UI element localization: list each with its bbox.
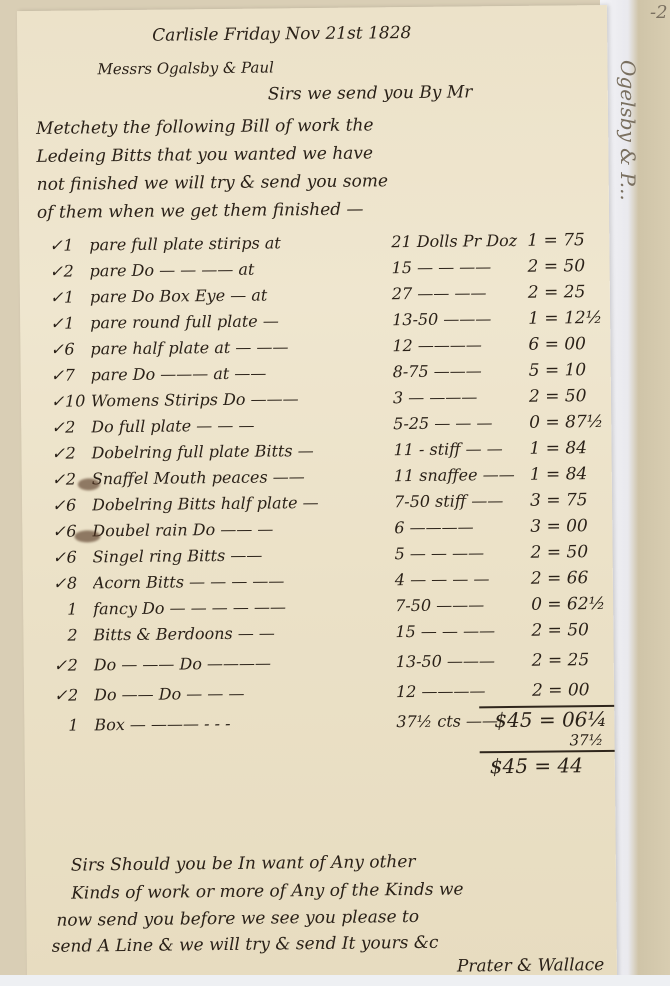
item-description: pare full plate stirips at xyxy=(89,232,389,254)
item-amount: 1 = 84 xyxy=(529,438,629,459)
bill-item-row: 2Bitts & Berdoons — —15 — — ——2 = 50 xyxy=(53,620,633,654)
item-description: Dobelring full plate Bitts — xyxy=(91,440,391,462)
item-quantity: 2 xyxy=(68,655,90,674)
item-description: pare round full plate — xyxy=(90,310,390,332)
item-amount: 2 = 66 xyxy=(531,568,631,589)
checkmark-icon: ✓ xyxy=(53,574,67,593)
item-description: Bitts & Berdoons — — xyxy=(93,622,393,644)
background-bottom-strip xyxy=(0,975,670,986)
intro-line: Ledeing Bitts that you wanted we have xyxy=(36,143,373,167)
item-amount: 3 = 75 xyxy=(530,490,630,511)
checkmark-icon: ✓ xyxy=(50,340,64,359)
item-description: fancy Do — — — — —— xyxy=(93,596,393,618)
item-amount: 5 = 10 xyxy=(529,360,629,381)
item-rate: 4 — — — — xyxy=(395,569,530,589)
letter-date-header: Carlisle Friday Nov 21st 1828 xyxy=(152,23,411,46)
item-rate: 21 Dolls Pr Doz xyxy=(391,231,526,251)
checkmark-icon: ✓ xyxy=(51,444,65,463)
item-rate: 11 snaffee —— xyxy=(394,465,529,485)
item-description: pare Do — — —— at xyxy=(90,258,390,280)
item-description: Snaffel Mouth peaces —— xyxy=(92,466,392,488)
item-quantity: 1 xyxy=(68,715,90,734)
item-rate: 8-75 ——— xyxy=(393,361,528,381)
intro-line: not finished we will try & send you some xyxy=(37,171,389,195)
item-amount: 2 = 00 xyxy=(532,680,632,701)
item-rate: 15 — — —— xyxy=(395,621,530,641)
item-quantity: 1 xyxy=(67,599,89,618)
item-quantity: 2 xyxy=(65,417,87,436)
item-quantity: 6 xyxy=(66,495,88,514)
closing-line: send A Line & we will try & send It your… xyxy=(52,933,439,957)
item-description: Dobelring Bitts half plate — xyxy=(92,492,392,514)
closing-line: Sirs Should you be In want of Any other xyxy=(71,852,416,876)
item-quantity: 8 xyxy=(67,573,89,592)
background-corner-note: -2 xyxy=(650,2,668,23)
item-quantity: 1 xyxy=(64,313,86,332)
item-amount: 2 = 25 xyxy=(532,650,632,671)
item-quantity: 7 xyxy=(65,365,87,384)
item-amount: 2 = 50 xyxy=(530,542,630,563)
item-rate: 7-50 stiff —— xyxy=(394,491,529,511)
checkmark-icon: ✓ xyxy=(51,366,65,385)
item-quantity: 2 xyxy=(67,625,89,644)
item-amount: 2 = 25 xyxy=(528,282,628,303)
item-rate: 11 - stiff — — xyxy=(393,439,528,459)
checkmark-icon: ✓ xyxy=(52,522,66,541)
checkmark-icon: ✓ xyxy=(54,656,68,675)
item-description: Box — ——— - - - xyxy=(94,712,394,734)
item-description: Womens Stirips Do ——— xyxy=(91,388,391,410)
item-quantity: 2 xyxy=(64,261,86,280)
item-amount: 0 = 87½ xyxy=(529,412,629,433)
item-quantity: 6 xyxy=(67,547,89,566)
checkmark-icon: ✓ xyxy=(54,686,68,705)
item-description: Doubel rain Do —— — xyxy=(92,518,392,540)
item-description: Acorn Bitts — — — —— xyxy=(93,570,393,592)
background-side-note: Ogelsby & P... xyxy=(616,60,640,201)
item-description: pare Do ——— at —— xyxy=(91,362,391,384)
grand-total: $45 = 44 xyxy=(490,753,583,778)
item-rate: 13-50 ——— xyxy=(396,651,531,671)
checkmark-icon: ✓ xyxy=(50,288,64,307)
checkmark-icon: ✓ xyxy=(53,548,67,567)
bill-items-list: ✓1pare full plate stirips at21 Dolls Pr … xyxy=(17,5,607,11)
item-amount: 0 = 62½ xyxy=(531,594,631,615)
item-quantity: 6 xyxy=(64,339,86,358)
item-rate: 7-50 ——— xyxy=(395,595,530,615)
checkmark-icon: ✓ xyxy=(52,496,66,515)
bill-item-row: ✓2Do — —— Do ————13-50 ———2 = 25 xyxy=(54,650,634,684)
item-rate: 12 ———— xyxy=(396,681,531,701)
intro-line: of them when we get them finished — xyxy=(37,199,364,222)
intro-line: Metchety the following Bill of work the xyxy=(36,115,374,139)
item-rate: 3 — ——— xyxy=(393,387,528,407)
item-rate: 12 ———— xyxy=(392,335,527,355)
intro-line: Sirs we send you By Mr xyxy=(268,82,473,104)
item-rate: 5-25 — — — xyxy=(393,413,528,433)
checkmark-icon: ✓ xyxy=(51,418,65,437)
subtotal-amount: $45 = 06¼ xyxy=(494,707,607,732)
item-quantity: 2 xyxy=(65,443,87,462)
item-description: Do — —— Do ———— xyxy=(94,652,394,674)
closing-line: now send you before we see you please to xyxy=(56,907,419,931)
signature: Prater & Wallace xyxy=(457,955,605,977)
checkmark-icon: ✓ xyxy=(50,262,64,281)
checkmark-icon: ✓ xyxy=(52,470,66,489)
item-amount: 1 = 12½ xyxy=(528,308,628,329)
letter-addressee: Messrs Ogalsby & Paul xyxy=(97,58,274,78)
item-quantity: 1 xyxy=(63,235,85,254)
item-quantity: 1 xyxy=(64,287,86,306)
item-rate: 15 — — —— xyxy=(392,257,527,277)
checkmark-icon: ✓ xyxy=(51,392,65,411)
item-amount: 3 = 00 xyxy=(530,516,630,537)
item-amount: 1 = 84 xyxy=(530,464,630,485)
letter-page: Carlisle Friday Nov 21st 1828 Messrs Oga… xyxy=(17,5,617,986)
item-rate: 6 ———— xyxy=(394,517,529,537)
item-description: pare half plate at — —— xyxy=(90,336,390,358)
closing-line: Kinds of work or more of Any of the Kind… xyxy=(71,879,464,903)
item-amount: 2 = 50 xyxy=(527,256,627,277)
item-rate: 13-50 ——— xyxy=(392,309,527,329)
item-amount: 2 = 50 xyxy=(531,620,631,641)
item-description: Singel ring Bitts —— xyxy=(93,544,393,566)
item-description: Do full plate — — — xyxy=(91,414,391,436)
item-rate: 27 —— —— xyxy=(392,283,527,303)
checkmark-icon: ✓ xyxy=(49,236,63,255)
item-quantity: 10 xyxy=(65,391,87,410)
item-rate: 5 — — —— xyxy=(394,543,529,563)
item-description: Do —— Do — — — xyxy=(94,682,394,704)
item-amount: 2 = 50 xyxy=(529,386,629,407)
checkmark-icon: ✓ xyxy=(50,314,64,333)
item-quantity: 2 xyxy=(68,685,90,704)
box-addition: 37½ xyxy=(569,731,603,749)
item-amount: 6 = 00 xyxy=(528,334,628,355)
item-description: pare Do Box Eye — at xyxy=(90,284,390,306)
item-amount: 1 = 75 xyxy=(527,230,627,251)
